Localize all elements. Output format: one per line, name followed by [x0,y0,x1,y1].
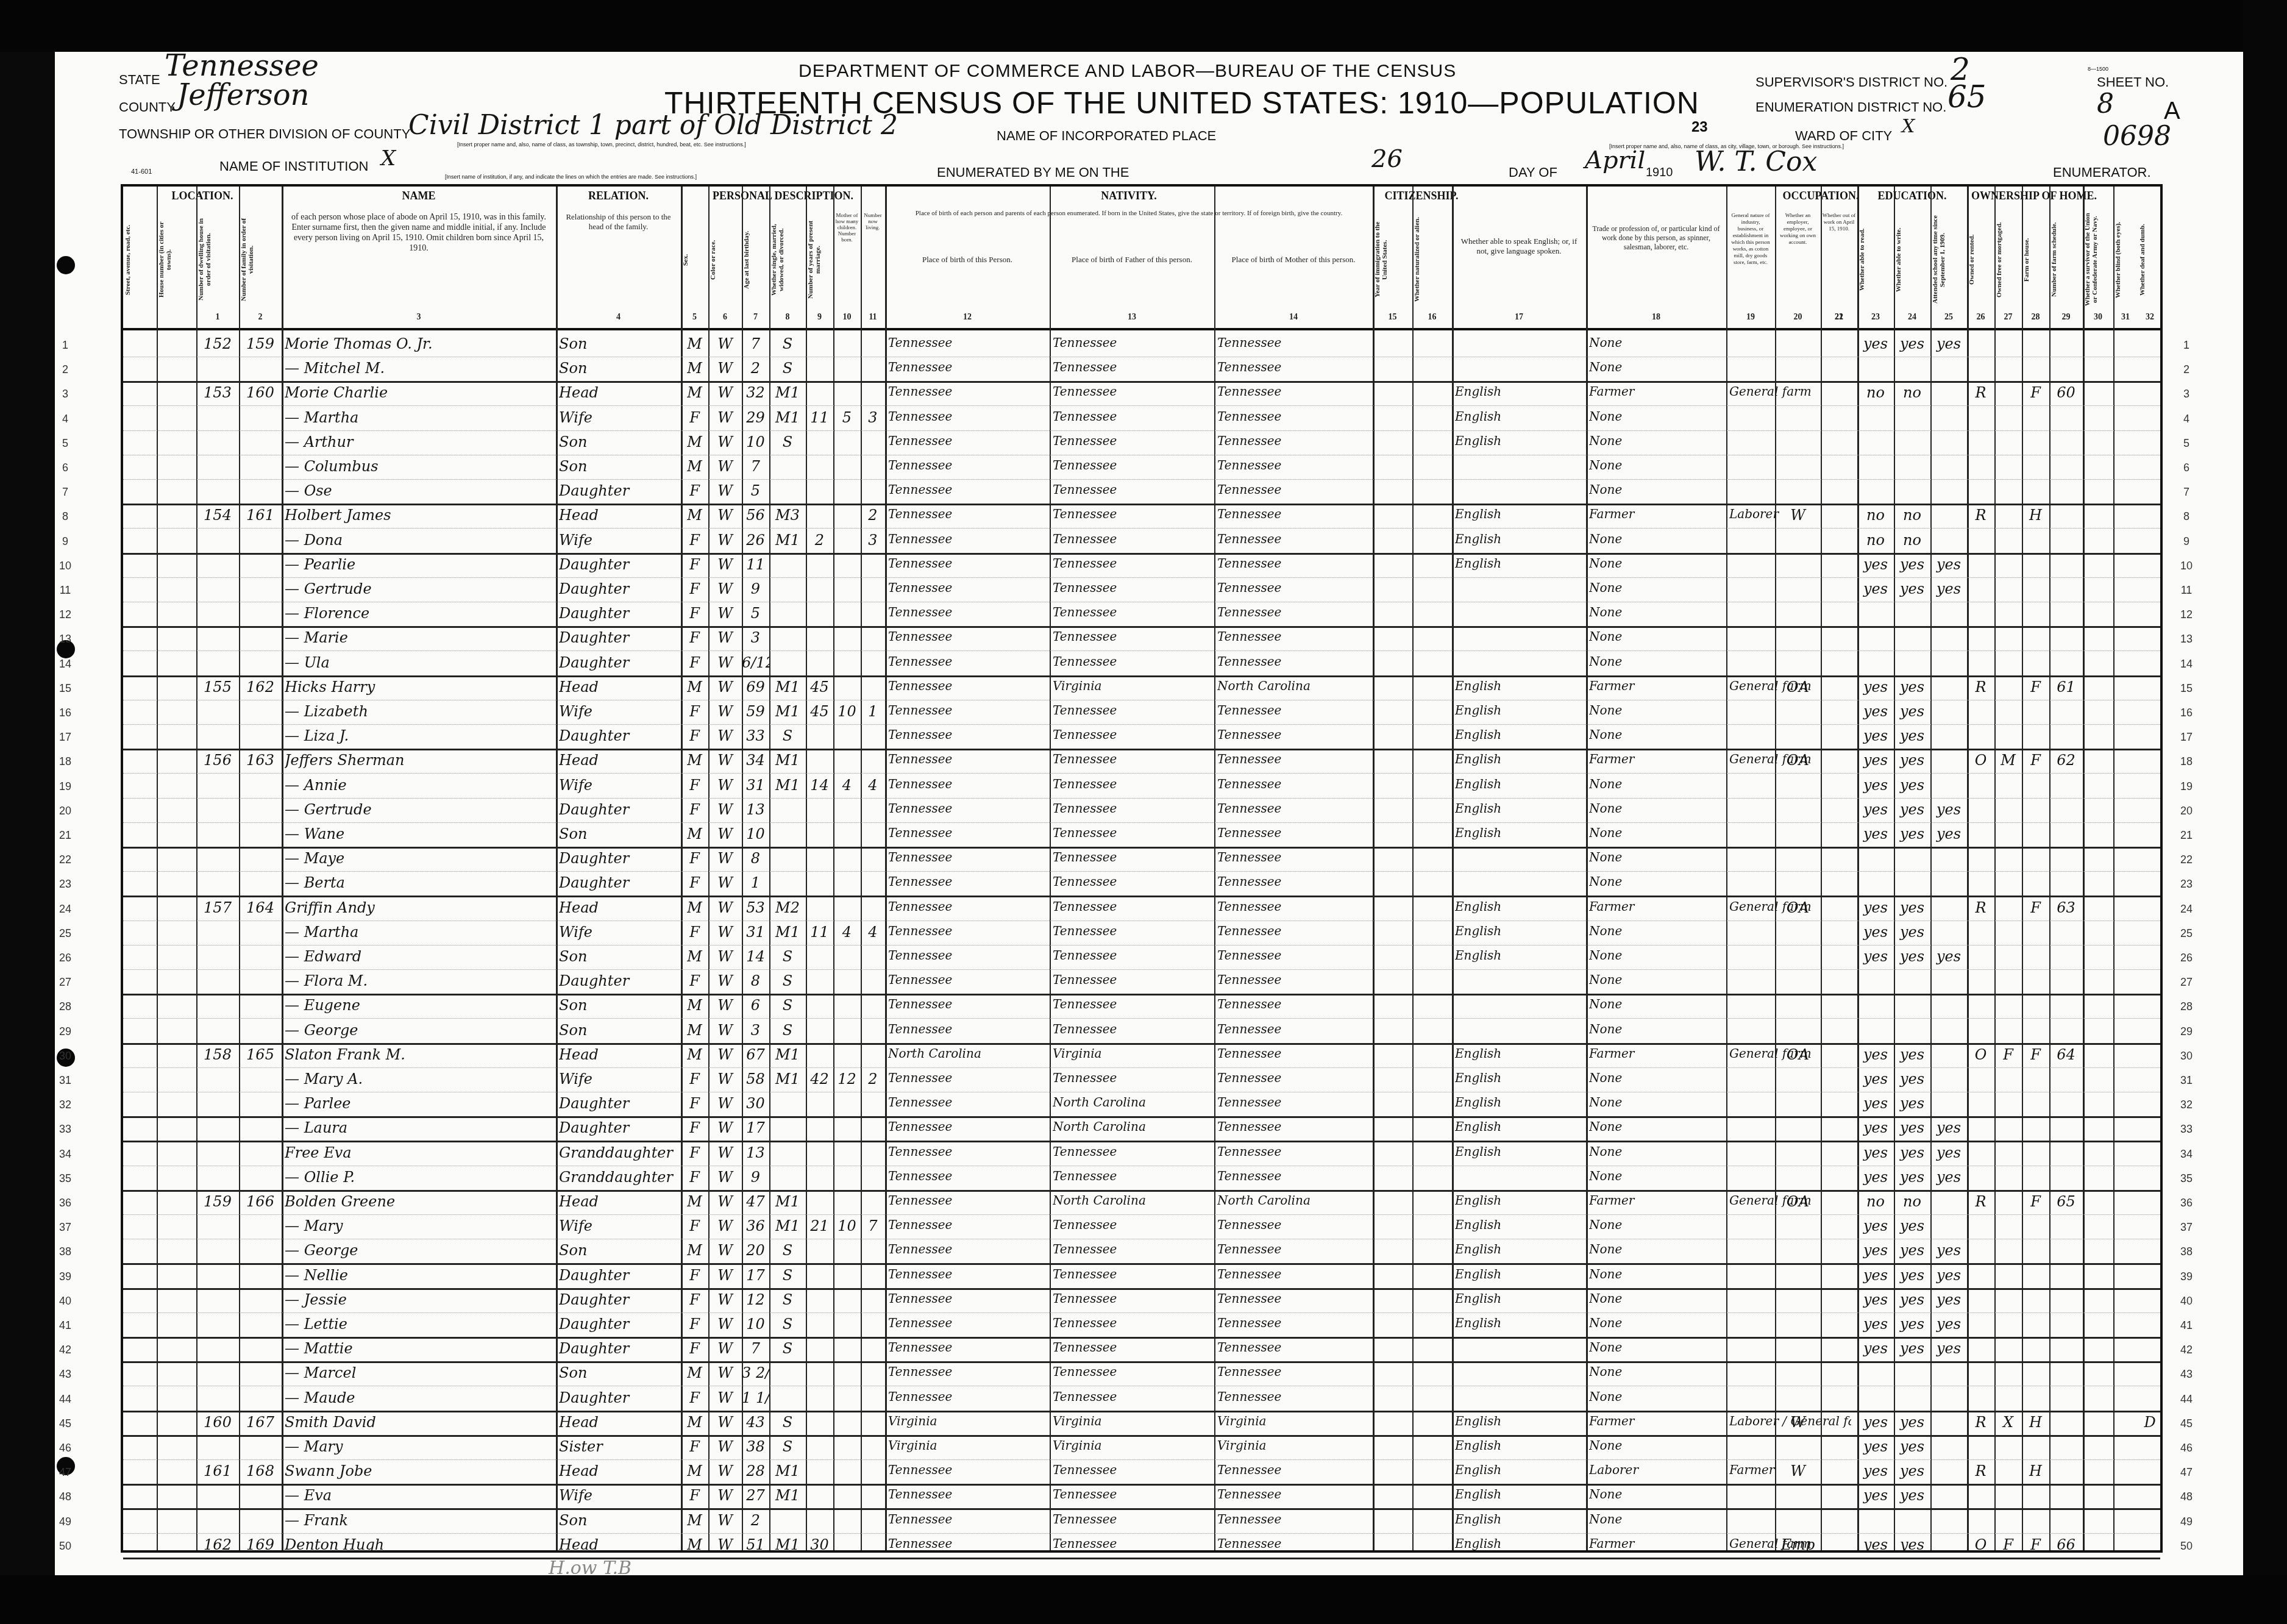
line-number-left: 19 [56,780,74,793]
age-cell: 51 [742,1536,769,1553]
can-read-cell: yes [1857,1291,1894,1308]
attended-school-cell: yes [1930,1144,1967,1161]
column-number: 10 [833,308,861,327]
column-number: 31 [2113,308,2138,327]
years-married-cell: 11 [806,924,833,941]
speaks-english-cell: English [1455,948,1583,963]
relationship-cell: Daughter [559,605,678,622]
occupation-cell: None [1589,1095,1723,1109]
owned-or-rented-cell: O [1967,1046,1994,1063]
race-cell: W [708,335,742,352]
line-number-left: 43 [56,1368,74,1381]
line-number-left: 23 [56,878,74,891]
father-birthplace-cell: Tennessee [1053,874,1211,889]
birthplace-cell: Virginia [888,1414,1047,1428]
age-cell: 34 [742,752,769,769]
form-code: 8—1500 [2088,66,2108,72]
mother-birthplace-cell: Tennessee [1217,1144,1370,1159]
person-name-cell: Slaton Frank M. [285,1046,553,1063]
line-number-left: 39 [56,1270,74,1283]
table-row: 157164Griffin AndyHeadMW53M2TennesseeTen… [123,897,2160,921]
race-cell: W [708,532,742,549]
relationship-cell: Granddaughter [559,1169,678,1186]
birthplace-cell: Tennessee [888,1095,1047,1109]
group-nativity: NATIVITY. [885,187,1373,205]
birthplace-cell: Tennessee [888,629,1047,644]
sex-cell: M [681,1512,708,1529]
enumerated-year: 1910 [1646,166,1673,180]
can-read-cell: yes [1857,1070,1894,1088]
marital-status-cell: S [769,433,806,451]
line-number-left: 14 [56,658,74,671]
township-note: [Insert proper name and, also, name of c… [457,141,746,148]
father-birthplace-cell: Tennessee [1053,777,1211,791]
dwelling-number-cell: 160 [196,1414,239,1431]
sex-cell: F [681,1169,708,1186]
owned-or-rented-cell: R [1967,384,1994,401]
birthplace-cell: Tennessee [888,825,1047,840]
line-number-right: 42 [2177,1344,2196,1356]
attended-school-cell: yes [1930,556,1967,573]
mother-birthplace-cell: Tennessee [1217,1217,1370,1232]
sex-cell: F [681,629,708,646]
column-number: 15 [1373,308,1412,327]
race-cell: W [708,678,742,696]
age-cell: 17 [742,1267,769,1284]
occupation-cell: Farmer [1589,1193,1723,1208]
birthplace-cell: Tennessee [888,1193,1047,1208]
table-row: — LauraDaughterFW17TennesseeNorth Caroli… [123,1117,2160,1142]
sex-cell: F [681,532,708,549]
birthplace-cell: Tennessee [888,1462,1047,1477]
sex-cell: M [681,1193,708,1210]
mother-birthplace-cell: Tennessee [1217,433,1370,448]
age-cell: 36 [742,1217,769,1234]
father-birthplace-cell: Tennessee [1053,1070,1211,1085]
race-cell: W [708,972,742,989]
enumerated-month: April [1585,146,1645,174]
children-born-cell: 4 [833,924,861,941]
sex-cell: F [681,409,708,426]
mother-birthplace-cell: Tennessee [1217,948,1370,963]
mother-birthplace-cell: Tennessee [1217,384,1370,399]
birthplace-cell: Tennessee [888,727,1047,742]
occupation-cell: None [1589,1512,1723,1526]
sex-cell: F [681,1487,708,1504]
birthplace-cell: Tennessee [888,1144,1047,1159]
relationship-cell: Daughter [559,580,678,597]
supervisor-district-label: SUPERVISOR'S DISTRICT NO. [1755,74,1947,90]
dwelling-number-cell: 156 [196,752,239,769]
father-birthplace-cell: Virginia [1053,1414,1211,1428]
mother-birthplace-cell: Tennessee [1217,801,1370,816]
race-cell: W [708,1414,742,1431]
sex-cell: F [681,1340,708,1357]
column-number: 27 [1994,308,2022,327]
colhead-years-married: Number of years of present marriage. [806,211,833,308]
family-number-cell: 161 [239,507,282,524]
father-birthplace-cell: Tennessee [1053,556,1211,571]
attended-school-cell: yes [1930,1316,1967,1333]
table-row: — OseDaughterFW5TennesseeTennesseeTennes… [123,480,2160,505]
table-row: — Liza J.DaughterFW33STennesseeTennessee… [123,725,2160,750]
can-write-cell: yes [1894,899,1930,916]
industry-cell: General farm [1729,384,1851,399]
occupation-cell: Farmer [1589,507,1723,521]
father-birthplace-cell: Tennessee [1053,727,1211,742]
person-name-cell: — Berta [285,874,553,891]
relationship-cell: Daughter [559,727,678,744]
line-number-left: 18 [56,755,74,768]
birthplace-cell: Tennessee [888,777,1047,791]
colhead-family: Number of family in order of visitation. [239,211,282,308]
father-birthplace-cell: Tennessee [1053,1512,1211,1526]
family-number-cell: 159 [239,335,282,352]
person-name-cell: — Arthur [285,433,553,451]
line-number-right: 15 [2177,682,2196,695]
can-read-cell: yes [1857,1242,1894,1259]
occupation-cell: Farmer [1589,384,1723,399]
race-cell: W [708,1462,742,1480]
line-number-right: 50 [2177,1540,2196,1553]
line-number-left: 33 [56,1123,74,1136]
relationship-cell: Wife [559,1487,678,1504]
can-write-cell: yes [1894,1316,1930,1333]
dwelling-number-cell: 158 [196,1046,239,1063]
line-number-right: 8 [2177,510,2196,523]
birthplace-cell: Tennessee [888,997,1047,1011]
person-name-cell: — Mitchel M. [285,360,553,377]
table-row: — EvaWifeFW27M1TennesseeTennesseeTenness… [123,1484,2160,1510]
speaks-english-cell: English [1455,532,1583,546]
marital-status-cell: M1 [769,1070,806,1088]
column-number: 18 [1589,308,1723,327]
can-write-cell: yes [1894,1340,1930,1357]
children-born-cell: 12 [833,1070,861,1088]
age-cell: 9 [742,1169,769,1186]
race-cell: W [708,1512,742,1529]
line-number-left: 47 [56,1466,74,1479]
speaks-english-cell: English [1455,801,1583,816]
relationship-cell: Daughter [559,1316,678,1333]
age-cell: 3 [742,629,769,646]
birthplace-cell: Tennessee [888,1389,1047,1404]
group-relation: RELATION. [556,187,681,205]
father-birthplace-cell: Tennessee [1053,1316,1211,1330]
can-write-cell: no [1894,507,1930,524]
dwelling-number-cell: 161 [196,1462,239,1480]
dwelling-number-cell: 162 [196,1536,239,1553]
can-read-cell: yes [1857,1119,1894,1136]
line-number-left: 11 [56,584,74,597]
occupation-cell: None [1589,532,1723,546]
institution-value: X [381,146,396,171]
mother-birthplace-cell: Tennessee [1217,777,1370,791]
enumerator-name: W. T. Cox [1695,146,1817,177]
father-birthplace-cell: Tennessee [1053,1242,1211,1256]
age-cell: 7 [742,335,769,352]
line-number-left: 29 [56,1025,74,1038]
owned-or-rented-cell: R [1967,899,1994,916]
birthplace-cell: Tennessee [888,433,1047,448]
speaks-english-cell: English [1455,1095,1583,1109]
birthplace-cell: Tennessee [888,1536,1047,1551]
age-cell: 13 [742,1144,769,1161]
race-cell: W [708,1022,742,1039]
relationship-cell: Head [559,507,678,524]
relationship-cell: Daughter [559,1291,678,1308]
mother-birthplace-cell: Tennessee [1217,1242,1370,1256]
table-row: — MarySisterFW38SVirginiaVirginiaVirgini… [123,1436,2160,1460]
person-name-cell: Holbert James [285,507,553,524]
relationship-cell: Daughter [559,801,678,818]
person-name-cell: — Marcel [285,1364,553,1381]
can-read-cell: no [1857,384,1894,401]
owned-or-rented-cell: O [1967,752,1994,769]
relationship-cell: Head [559,1046,678,1063]
race-cell: W [708,360,742,377]
race-cell: W [708,1389,742,1406]
occupation-cell: None [1589,605,1723,619]
birthplace-cell: Tennessee [888,1119,1047,1134]
line-number-right: 28 [2177,1000,2196,1013]
marital-status-cell: M3 [769,507,806,524]
age-cell: 7 [742,458,769,475]
employment-class-cell: OA [1775,899,1821,916]
sex-cell: M [681,1364,708,1381]
enumerated-day: 26 [1371,145,1403,173]
line-number-left: 4 [56,413,74,426]
father-birthplace-cell: North Carolina [1053,1119,1211,1134]
colhead-street: Street, avenue, road, etc. [123,211,157,308]
person-name-cell: — Liza J. [285,727,553,744]
birthplace-cell: Tennessee [888,482,1047,497]
relationship-cell: Granddaughter [559,1144,678,1161]
table-row: — PearlieDaughterFW11TennesseeTennesseeT… [123,554,2160,578]
years-married-cell: 45 [806,678,833,696]
age-cell: 5 [742,482,769,499]
occupation-cell: None [1589,1364,1723,1379]
father-birthplace-cell: Tennessee [1053,752,1211,766]
free-or-mortgaged-cell: X [1994,1414,2022,1431]
speaks-english-cell: English [1455,1046,1583,1061]
age-cell: 38 [742,1438,769,1455]
occupation-cell: None [1589,777,1723,791]
sex-cell: M [681,458,708,475]
line-number-right: 24 [2177,903,2196,916]
occupation-cell: None [1589,335,1723,350]
can-write-cell: yes [1894,1070,1930,1088]
can-read-cell: yes [1857,1144,1894,1161]
farm-schedule-cell: 65 [2049,1193,2083,1210]
line-number-left: 22 [56,853,74,866]
years-married-cell: 30 [806,1536,833,1553]
sex-cell: M [681,1462,708,1480]
free-or-mortgaged-cell: F [1994,1536,2022,1553]
column-number: 9 [806,308,833,327]
line-number-left: 41 [56,1319,74,1332]
relationship-cell: Wife [559,532,678,549]
can-read-cell: yes [1857,1414,1894,1431]
sex-cell: M [681,678,708,696]
table-row: Free EvaGranddaughterFW13TennesseeTennes… [123,1142,2160,1166]
birthplace-cell: Tennessee [888,874,1047,889]
father-birthplace-cell: North Carolina [1053,1095,1211,1109]
marital-status-cell: S [769,1291,806,1308]
line-number-left: 10 [56,560,74,572]
line-number-left: 44 [56,1393,74,1406]
colhead-farm-house: Farm or house. [2022,211,2049,308]
line-number-right: 37 [2177,1221,2196,1234]
line-number-right: 14 [2177,658,2196,671]
race-cell: W [708,1291,742,1308]
form-number: 23 [1691,119,1708,136]
speaks-english-cell: English [1455,1438,1583,1453]
dwelling-number-cell: 153 [196,384,239,401]
farm-schedule-cell: 64 [2049,1046,2083,1063]
sex-cell: M [681,335,708,352]
employment-class-cell: OA [1775,1046,1821,1063]
age-cell: 3 2/12 [742,1364,769,1381]
header-rule [123,328,2160,330]
column-number: 8 [769,308,806,327]
column-number: 26 [1967,308,1994,327]
age-cell: 59 [742,703,769,720]
father-birthplace-cell: Tennessee [1053,1340,1211,1355]
person-name-cell: — Edward [285,948,553,965]
column-number: 17 [1455,308,1583,327]
line-number-left: 50 [56,1540,74,1553]
attended-school-cell: yes [1930,335,1967,352]
children-living-cell: 3 [861,409,885,426]
relationship-cell: Wife [559,1217,678,1234]
race-cell: W [708,1242,742,1259]
years-married-cell: 45 [806,703,833,720]
speaks-english-cell: English [1455,384,1583,399]
column-number: 25 [1930,308,1967,327]
relationship-cell: Son [559,1512,678,1529]
relationship-cell: Wife [559,703,678,720]
race-cell: W [708,924,742,941]
sex-cell: F [681,1316,708,1333]
line-number-left: 36 [56,1197,74,1209]
race-cell: W [708,1169,742,1186]
relationship-cell: Daughter [559,1095,678,1112]
birthplace-cell: North Carolina [888,1046,1047,1061]
age-cell: 31 [742,777,769,794]
line-number-left: 49 [56,1515,74,1528]
line-number-right: 30 [2177,1050,2196,1063]
marital-status-cell: M1 [769,703,806,720]
father-birthplace-cell: Tennessee [1053,629,1211,644]
can-write-cell: yes [1894,1414,1930,1431]
sex-cell: F [681,1095,708,1112]
relationship-cell: Daughter [559,1267,678,1284]
father-birthplace-cell: Virginia [1053,1438,1211,1453]
sex-cell: F [681,727,708,744]
birthplace-cell: Tennessee [888,360,1047,374]
column-number: 7 [742,308,769,327]
table-row: — Flora M.DaughterFW8STennesseeTennessee… [123,970,2160,995]
speaks-english-cell: English [1455,1217,1583,1232]
can-write-cell: yes [1894,924,1930,941]
table-row: — EdwardSonMW14STennesseeTennesseeTennes… [123,946,2160,970]
birthplace-cell: Tennessee [888,1364,1047,1379]
colhead-house-number: House number (in cities or towns). [157,211,196,308]
census-table: LOCATION. NAME RELATION. PERSONAL DESCRI… [121,184,2163,1553]
can-read-cell: yes [1857,1217,1894,1234]
can-write-cell: yes [1894,1462,1930,1480]
group-citizenship: CITIZENSHIP. [1373,187,1470,205]
can-read-cell: yes [1857,1267,1894,1284]
children-living-cell: 4 [861,777,885,794]
father-birthplace-cell: Tennessee [1053,507,1211,521]
table-row: — BertaDaughterFW1TennesseeTennesseeTenn… [123,872,2160,897]
can-read-cell: yes [1857,1487,1894,1504]
relationship-cell: Son [559,433,678,451]
relationship-cell: Son [559,1242,678,1259]
column-number: 20 [1775,308,1821,327]
race-cell: W [708,507,742,524]
race-cell: W [708,605,742,622]
father-birthplace-cell: Tennessee [1053,1389,1211,1404]
family-number-cell: 160 [239,384,282,401]
person-name-cell: — Ollie P. [285,1169,553,1186]
birthplace-cell: Tennessee [888,507,1047,521]
birthplace-cell: Tennessee [888,409,1047,424]
race-cell: W [708,384,742,401]
person-name-cell: — Eva [285,1487,553,1504]
birthplace-cell: Virginia [888,1438,1047,1453]
father-birthplace-cell: Tennessee [1053,1217,1211,1232]
race-cell: W [708,899,742,916]
table-row: — WaneSonMW10TennesseeTennesseeTennessee… [123,823,2160,849]
mother-birthplace-cell: Tennessee [1217,752,1370,766]
table-row: — MarieDaughterFW3TennesseeTennesseeTenn… [123,627,2160,651]
occupation-cell: None [1589,1267,1723,1281]
can-write-cell: no [1894,384,1930,401]
line-number-right: 16 [2177,707,2196,719]
scan-border-right [2243,0,2287,1624]
table-row: 154161Holbert JamesHeadMW56M32TennesseeT… [123,504,2160,529]
family-number-cell: 164 [239,899,282,916]
can-write-cell: yes [1894,335,1930,352]
marital-status-cell: M1 [769,384,806,401]
relationship-cell: Wife [559,409,678,426]
can-read-cell: yes [1857,1462,1894,1480]
line-number-right: 6 [2177,461,2196,474]
mother-birthplace-cell: Tennessee [1217,1316,1370,1330]
father-birthplace-cell: Tennessee [1053,1144,1211,1159]
mother-birthplace-cell: Tennessee [1217,335,1370,350]
father-birthplace-cell: Tennessee [1053,1022,1211,1036]
race-cell: W [708,1217,742,1234]
can-write-cell: yes [1894,580,1930,597]
race-cell: W [708,1119,742,1136]
person-name-cell: — Eugene [285,997,553,1014]
scan-border-top [0,0,2287,52]
children-born-cell: 5 [833,409,861,426]
sex-cell: F [681,580,708,597]
marital-status-cell: M1 [769,1217,806,1234]
line-number-left: 12 [56,608,74,621]
table-row: — LizabethWifeFW59M145101TennesseeTennes… [123,700,2160,725]
line-number-right: 34 [2177,1148,2196,1161]
mother-birthplace-cell: Tennessee [1217,727,1370,742]
line-number-right: 23 [2177,878,2196,891]
column-number: 32 [2138,308,2162,327]
years-married-cell: 11 [806,409,833,426]
